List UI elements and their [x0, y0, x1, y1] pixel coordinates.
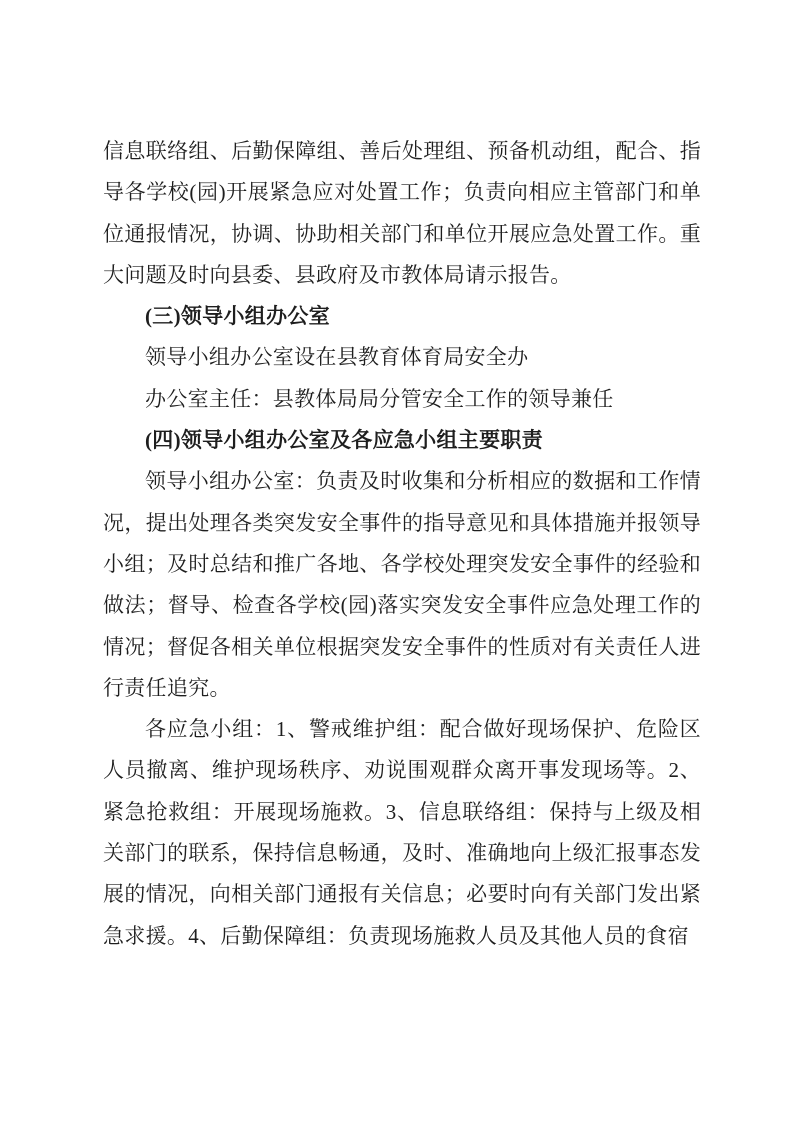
paragraph: 办公室主任：县教体局局分管安全工作的领导兼任	[103, 379, 701, 420]
paragraph: 信息联络组、后勤保障组、善后处理组、预备机动组，配合、指导各学校(园)开展紧急应…	[103, 131, 701, 296]
paragraph: 各应急小组：1、警戒维护组：配合做好现场保护、危险区人员撤离、维护现场秩序、劝说…	[103, 709, 701, 957]
section-heading: (三)领导小组办公室	[103, 296, 701, 337]
document-body: 信息联络组、后勤保障组、善后处理组、预备机动组，配合、指导各学校(园)开展紧急应…	[103, 131, 701, 957]
paragraph: 领导小组办公室设在县教育体育局安全办	[103, 337, 701, 378]
section-heading: (四)领导小组办公室及各应急小组主要职责	[103, 420, 701, 461]
paragraph: 领导小组办公室：负责及时收集和分析相应的数据和工作情况，提出处理各类突发安全事件…	[103, 461, 701, 709]
document-page: 信息联络组、后勤保障组、善后处理组、预备机动组，配合、指导各学校(园)开展紧急应…	[0, 0, 793, 1122]
